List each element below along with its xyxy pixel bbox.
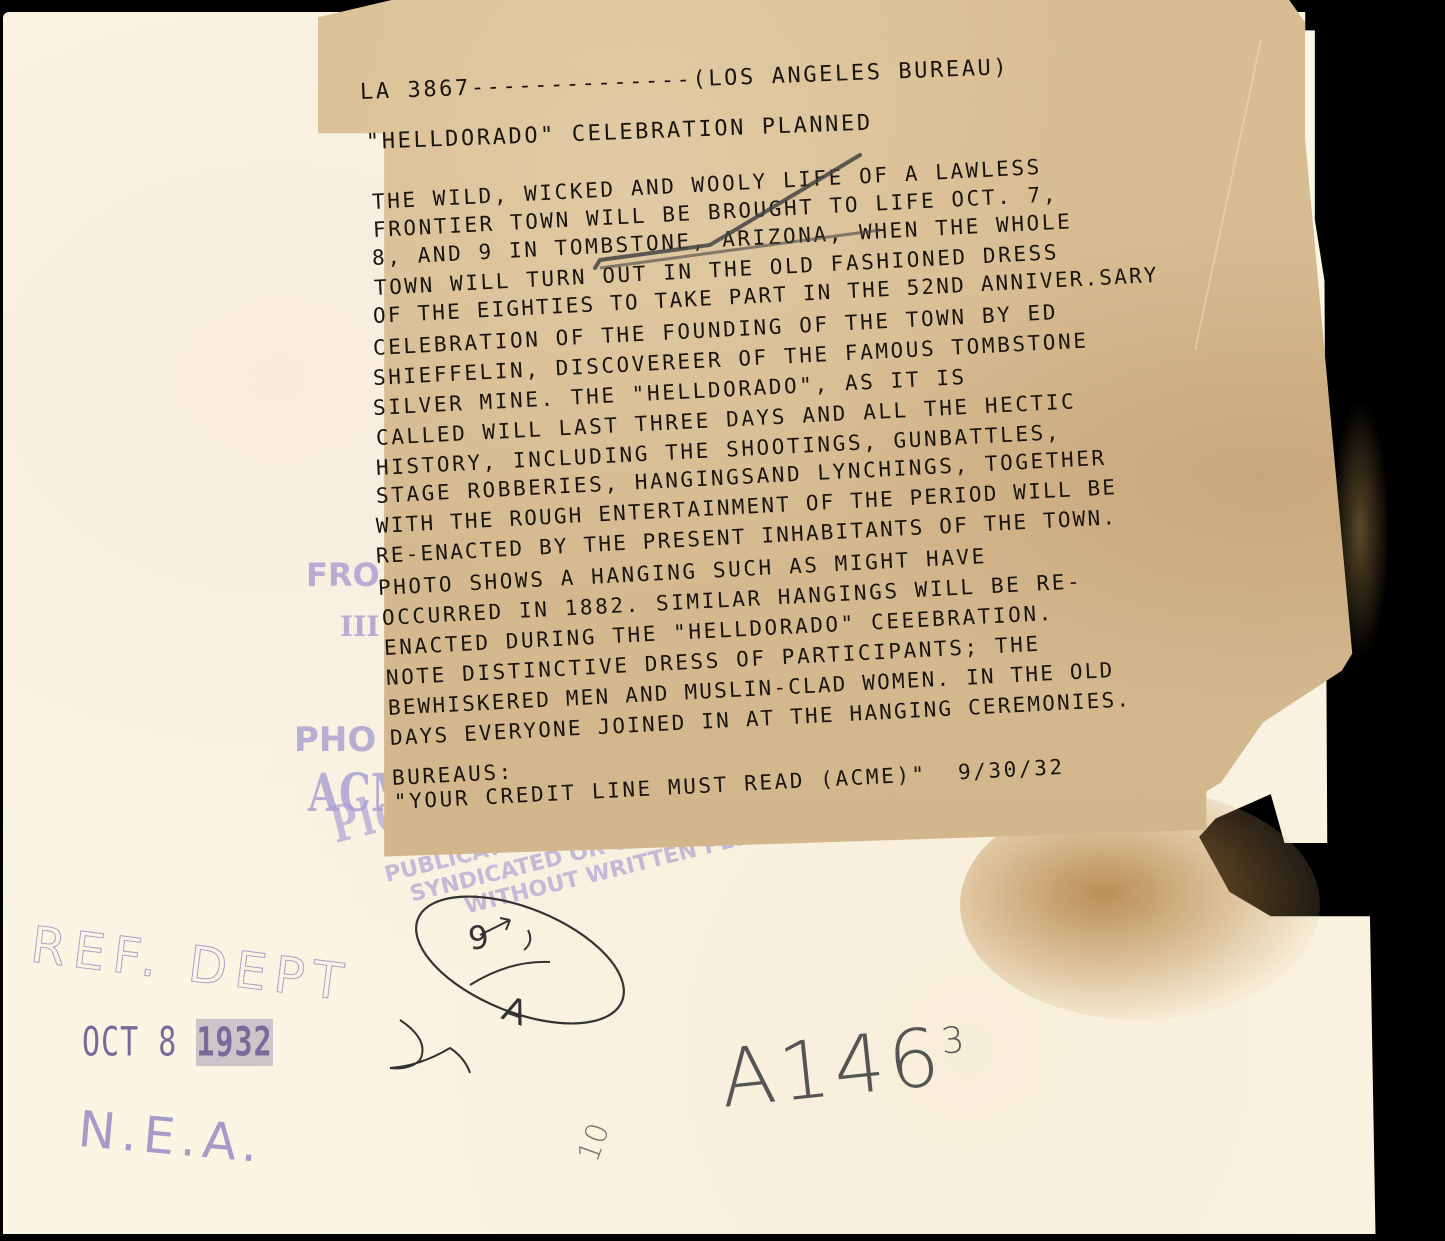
svg-text:9: 9 (466, 917, 491, 957)
catalog-superscript: 3 (939, 1019, 970, 1063)
press-photo-scan: FRO III PHO ACM Please Credit THIS PICTU… (0, 0, 1445, 1241)
ink-checkmark-icon (560, 150, 980, 290)
svg-text:A: A (497, 989, 533, 1035)
stamp-photo-fragment: PHO (294, 720, 376, 760)
caption-id: LA 3867 (360, 76, 472, 105)
stamp-from-fragment: FRO (306, 556, 380, 594)
received-year: 1932 (196, 1019, 272, 1066)
stamp-fragment-2: III (340, 610, 379, 643)
received-month-day: OCT 8 (82, 1019, 177, 1066)
received-date-stamp: OCT 8 1932 (82, 1019, 273, 1066)
pencil-circle-note-icon: 9 A (360, 890, 660, 1090)
